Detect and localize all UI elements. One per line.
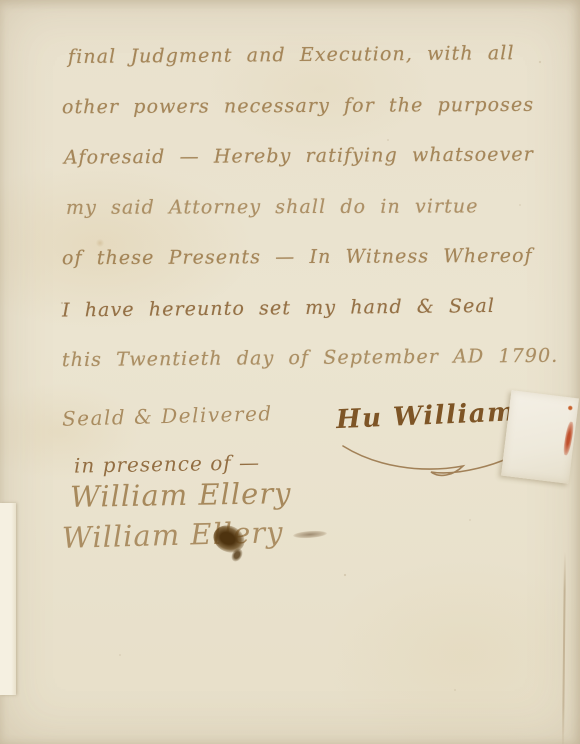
underlying-sheet-edge bbox=[0, 503, 16, 695]
manuscript-line: my said Attorney shall do in virtue bbox=[62, 181, 540, 233]
red-wax-dot bbox=[567, 405, 573, 411]
manuscript-body: final Judgment and Execution, with all o… bbox=[62, 30, 540, 384]
manuscript-line: of these Presents — In Witness Whereof bbox=[62, 231, 540, 284]
witness-intro-line: in presence of — bbox=[74, 450, 260, 477]
paper-wafer-seal bbox=[501, 390, 579, 484]
manuscript-line: this Twentieth day of September AD 1790. bbox=[62, 331, 540, 386]
witness-signature-1: William Ellery bbox=[70, 476, 292, 514]
manuscript-line: I have hereunto set my hand & Seal bbox=[62, 280, 541, 336]
manuscript-page: final Judgment and Execution, with all o… bbox=[0, 0, 580, 744]
manuscript-line: Aforesaid — Hereby ratifying whatsoever bbox=[62, 129, 540, 183]
witness-signature-2: William Ellery bbox=[62, 515, 284, 555]
manuscript-line: final Judgment and Execution, with all bbox=[62, 28, 540, 83]
manuscript-line: other powers necessary for the purposes bbox=[62, 79, 540, 132]
